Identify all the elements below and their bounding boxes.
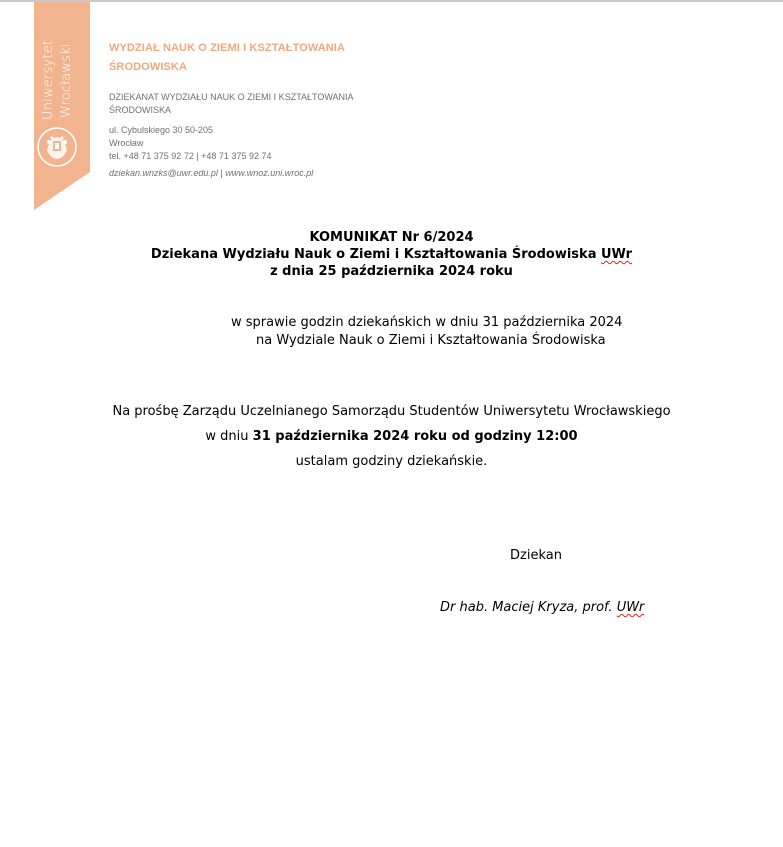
faculty-title-line: WYDZIAŁ NAUK O ZIEMI I KSZTAŁTOWANIA bbox=[109, 39, 345, 58]
body-line-2: w dniu 31 października 2024 roku od godz… bbox=[0, 424, 783, 449]
spellcheck-flagged-word[interactable]: UWr bbox=[617, 600, 645, 615]
subject-block: w sprawie godzin dziekańskich w dniu 31 … bbox=[231, 314, 622, 350]
deanery-line: DZIEKANAT WYDZIAŁU NAUK O ZIEMI I KSZTAŁ… bbox=[109, 91, 354, 104]
issuer-text: Dziekana Wydziału Nauk o Ziemi i Kształt… bbox=[151, 247, 601, 262]
body-line-3: ustalam godziny dziekańskie. bbox=[0, 449, 783, 474]
contact-line: dziekan.wnzks@uwr.edu.pl | www.wnoz.uni.… bbox=[109, 168, 313, 178]
body-line-1: Na prośbę Zarządu Uczelnianego Samorządu… bbox=[0, 399, 783, 424]
email-link[interactable]: dziekan.wnzks@uwr.edu.pl bbox=[109, 168, 218, 178]
signature-name-text: Dr hab. Maciej Kryza, prof. bbox=[440, 600, 617, 615]
university-name-vertical: Uniwersytet Wrocławski bbox=[34, 2, 90, 122]
communique-title: KOMUNIKAT Nr 6/2024 bbox=[0, 229, 783, 246]
communique-date: z dnia 25 października 2024 roku bbox=[0, 263, 783, 280]
website-link[interactable]: www.wnoz.uni.wroc.pl bbox=[225, 168, 313, 178]
spellcheck-flagged-word[interactable]: UWr bbox=[601, 247, 632, 262]
deanery-name: DZIEKANAT WYDZIAŁU NAUK O ZIEMI I KSZTAŁ… bbox=[109, 91, 354, 117]
subject-line-1: w sprawie godzin dziekańskich w dniu 31 … bbox=[231, 314, 622, 332]
subject-line-2: na Wydziale Nauk o Ziemi i Kształtowania… bbox=[231, 332, 622, 350]
university-name-line-1: Uniwersytet bbox=[41, 40, 56, 120]
street-address: ul. Cybulskiego 30 50-205 bbox=[109, 124, 271, 137]
faculty-title: WYDZIAŁ NAUK O ZIEMI I KSZTAŁTOWANIA ŚRO… bbox=[109, 39, 345, 77]
deanery-line: ŚRODOWISKA bbox=[109, 104, 354, 117]
phone-numbers: tel. +48 71 375 92 72 | +48 71 375 92 74 bbox=[109, 150, 271, 163]
body-line-2-date-time: 31 października 2024 roku od godziny 12:… bbox=[253, 429, 578, 444]
address-block: ul. Cybulskiego 30 50-205 Wrocław tel. +… bbox=[109, 124, 271, 163]
university-name-line-2: Wrocławski bbox=[59, 43, 74, 118]
city: Wrocław bbox=[109, 137, 271, 150]
faculty-title-line: ŚRODOWISKA bbox=[109, 58, 345, 77]
body-text: Na prośbę Zarządu Uczelnianego Samorządu… bbox=[0, 399, 783, 474]
page-top-border bbox=[0, 0, 783, 2]
communique-issuer: Dziekana Wydziału Nauk o Ziemi i Kształt… bbox=[0, 246, 783, 263]
body-line-2-prefix: w dniu bbox=[205, 429, 252, 444]
signature-role: Dziekan bbox=[510, 548, 562, 563]
communique-heading: KOMUNIKAT Nr 6/2024 Dziekana Wydziału Na… bbox=[0, 229, 783, 280]
signature-name: Dr hab. Maciej Kryza, prof. UWr bbox=[440, 600, 644, 615]
